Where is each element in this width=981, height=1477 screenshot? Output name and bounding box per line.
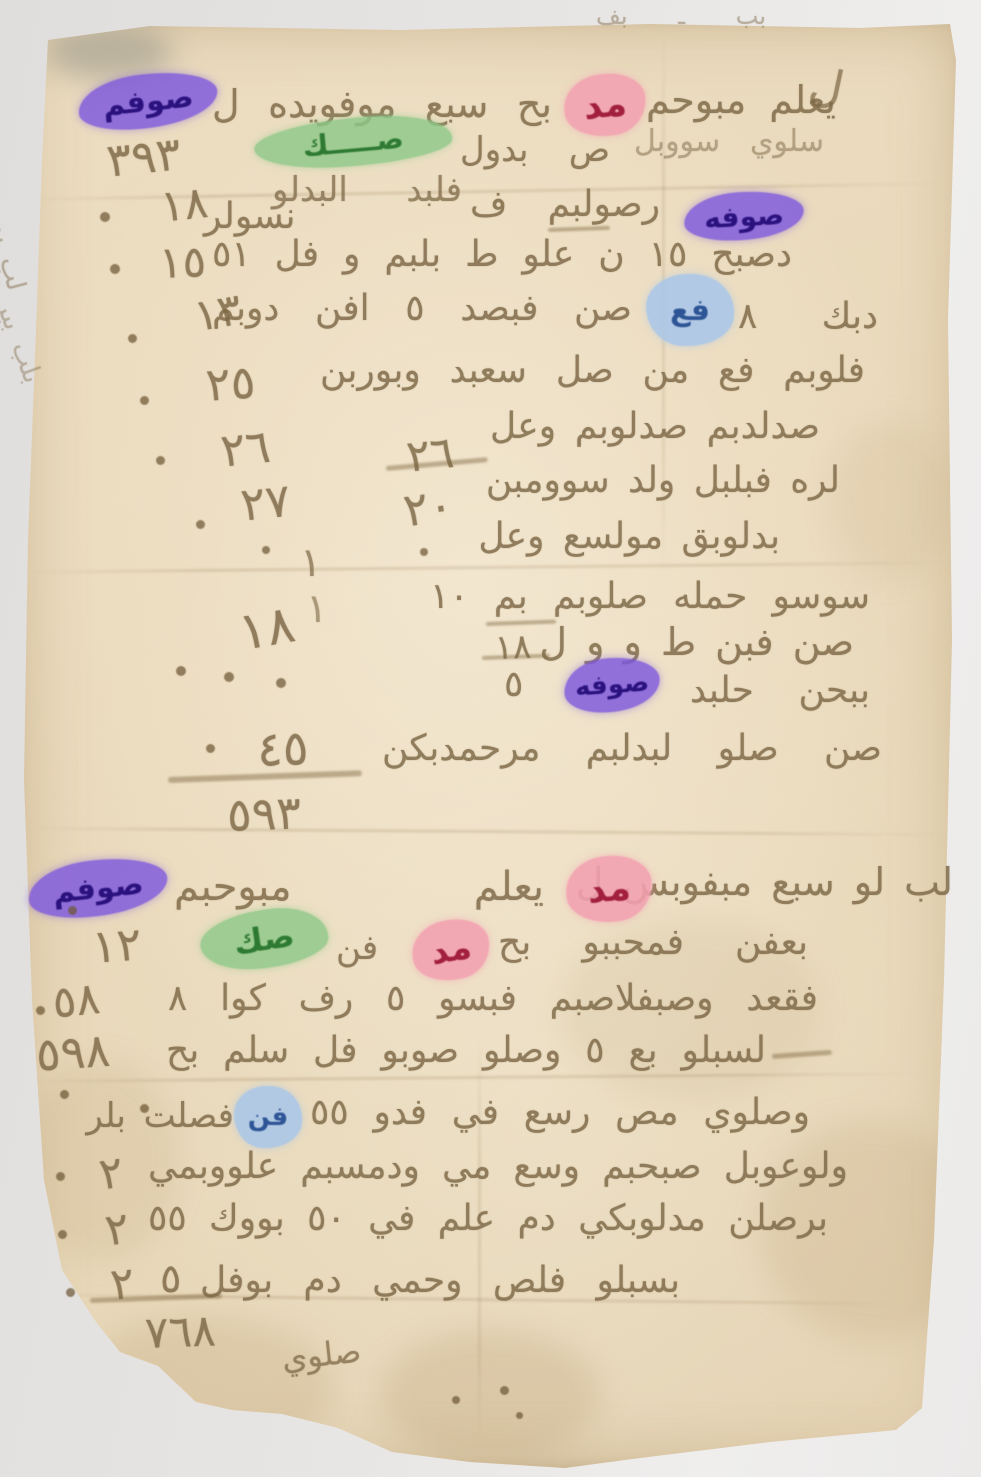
handwriting-line: ص بدول <box>460 130 610 170</box>
highlighted-word: صوفم <box>101 79 195 123</box>
ink-rule-line <box>548 226 610 232</box>
handwriting-line: بب ـ بف <box>596 2 766 30</box>
highlighted-word: فع <box>670 293 710 328</box>
margin-number: ٢ <box>96 1147 127 1201</box>
handwriting-line: سلوي سووبل <box>634 124 824 159</box>
handwriting-line: يعلم مبوحم <box>646 78 836 122</box>
ink-dot <box>206 744 215 753</box>
margin-number: ٢٥ <box>204 355 257 412</box>
margin-number: ٢ <box>108 1258 137 1311</box>
manuscript-photo: بب ـ بفل٣٩٣١٨١٥١٣٢٥٢٦٢٧١١١٨٤٥٥٩٣يعلم مبو… <box>0 0 981 1477</box>
handwriting-line: ببحن حلبد <box>690 670 870 711</box>
handwriting-line: صن صلو لبدلبم مرحمدبكن <box>382 728 882 769</box>
margin-number: ٥ <box>504 664 523 705</box>
ink-dot <box>60 1090 69 1099</box>
margin-number: ١٨ <box>234 594 299 663</box>
highlighted-word: مد <box>586 867 633 912</box>
highlight-mark-purple: صوفم <box>76 67 221 135</box>
handwriting-line: فقعد وصبفلاصبم فبسو ٥ رف كوا ٨ <box>168 978 818 1019</box>
handwriting-line: برصلن مدلوبكي دم علم في ٥٠ بووك ٥٥ <box>148 1198 828 1239</box>
handwriting-line: فلبد البدلو <box>272 170 462 210</box>
handwriting-line: فن <box>336 928 378 968</box>
margin-number: ٢٠ <box>400 477 456 537</box>
handwriting-line: دصبح ١٥ ن علو ط بلبم و فل ٥١ <box>212 234 792 275</box>
ink-dot <box>196 520 205 529</box>
ink-dot <box>452 1396 460 1404</box>
handwriting-line: بدلوبق مولسع وعل <box>480 516 780 557</box>
margin-number: ١٨ <box>494 627 532 668</box>
ink-dot <box>68 906 77 915</box>
handwriting-line: بعفن فمحببو بح <box>498 922 808 963</box>
ink-dot <box>56 1172 65 1181</box>
handwriting-line: فصلت بلر <box>116 1096 234 1136</box>
handwriting-line: لره فبلبل ولد سوومبن <box>490 460 840 501</box>
handwriting-line: سوسو حمله صلوبم بم ١٠ <box>430 576 870 617</box>
ink-dot <box>66 1288 75 1297</box>
margin-number: ١٥ <box>158 236 207 289</box>
highlight-mark-pink: مد <box>407 914 494 987</box>
handwriting-layer: بب ـ بفل٣٩٣١٨١٥١٣٢٥٢٦٢٧١١١٨٤٥٥٩٣يعلم مبو… <box>0 0 981 1477</box>
ink-rule-line <box>90 1293 222 1303</box>
margin-number: ١ <box>306 586 327 632</box>
ink-dot <box>140 396 149 405</box>
margin-number: ٤٥ <box>256 720 309 778</box>
margin-number: ١٨ <box>158 177 210 233</box>
ink-dot <box>420 548 428 556</box>
handwriting-line: صن فبصد ٥ افن دوبم <box>212 288 632 329</box>
highlight-mark-blue: فع <box>646 274 734 346</box>
handwriting-line: صدلدبم صدلوبم وعل <box>490 406 820 447</box>
ink-dot <box>262 546 270 554</box>
ink-dot <box>100 212 110 222</box>
ink-dot <box>128 334 137 343</box>
handwriting-line: ولوعوبل صبحبم وسع مي ودمسبم علووبمي <box>148 1146 848 1187</box>
handwriting-line: دبك ٨ <box>738 296 878 337</box>
handwriting-line: بلب ببر <box>0 296 47 387</box>
handwriting-line: فلوبم فع من صل سعبد وبوربن <box>320 350 865 391</box>
margin-number: ٢٦ <box>404 427 456 483</box>
highlight-mark-green: صك <box>197 901 332 976</box>
highlighted-word: صـــــك <box>301 121 404 163</box>
highlighted-word: صوفه <box>703 197 785 234</box>
handwriting-line: يعلم مبوحبم <box>174 864 544 910</box>
ink-dot <box>516 1412 523 1419</box>
margin-number: ٧٦٨ <box>144 1306 217 1359</box>
handwriting-line: بسبلو فلص وحمي دم بوفل <box>200 1260 680 1301</box>
highlight-mark-purple: صوفم <box>25 853 170 923</box>
ink-dot <box>110 264 120 274</box>
handwriting-line: نسولر <box>204 196 296 237</box>
margin-number: ١ <box>300 540 321 586</box>
handwriting-line: لب لو سبع مبفوبس ل <box>658 860 953 904</box>
margin-number: ٥٨ <box>50 973 102 1029</box>
margin-number: ٢ <box>102 1203 133 1257</box>
margin-number: ١٢ <box>90 917 143 974</box>
handwriting-line: لب بوربر <box>0 186 31 294</box>
ink-dot <box>500 1386 509 1395</box>
margin-number: ٢٧ <box>238 473 293 532</box>
highlighted-word: صك <box>231 916 296 962</box>
ink-dot <box>140 1104 149 1113</box>
ink-dot <box>224 672 234 682</box>
handwriting-line: لسبلو بع ٥ وصلو صوبو فل سلم بح <box>166 1030 766 1071</box>
highlighted-word: صوفه <box>574 667 650 702</box>
highlighted-word: مد <box>581 82 628 127</box>
highlighted-word: فن <box>248 1102 288 1132</box>
margin-number: ٢٦ <box>218 419 273 478</box>
ink-dot <box>58 1230 67 1239</box>
handwriting-line: وصلوي مص رسع في فدو ٥٥ <box>310 1092 810 1133</box>
highlighted-word: مد <box>427 927 474 973</box>
ink-dot <box>36 1006 45 1015</box>
ink-dot <box>176 666 186 676</box>
ink-dot <box>156 456 165 465</box>
highlight-mark-blue: فن <box>234 1086 302 1148</box>
margin-number: ٥٩٨ <box>34 1023 112 1082</box>
margin-number: ٥٩٣ <box>226 785 302 842</box>
handwriting-line: رصولبم ف <box>470 184 660 225</box>
ink-dot <box>276 678 286 688</box>
highlighted-word: صوفم <box>51 866 145 910</box>
ink-rule-line <box>772 1050 832 1059</box>
margin-number: ٣٩٣ <box>104 126 183 187</box>
handwriting-line: صلوي <box>280 1332 363 1378</box>
